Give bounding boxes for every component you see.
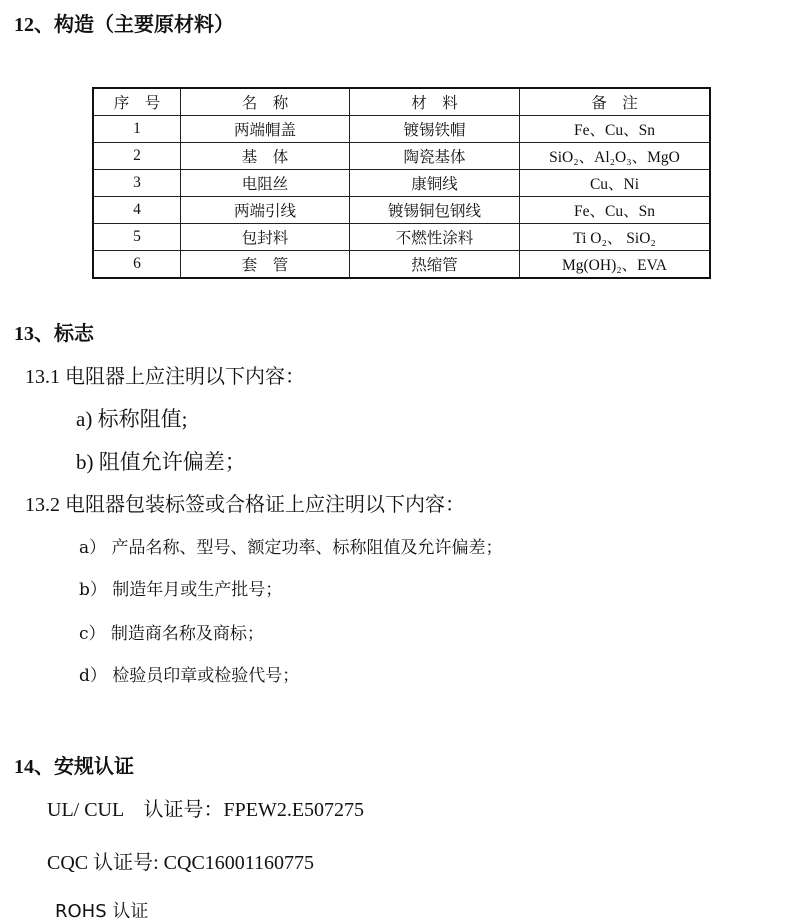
- cell-name: 基 体: [181, 143, 350, 170]
- cell-note: Fe、Cu、Sn: [520, 197, 711, 224]
- cell-note: Fe、Cu、Sn: [520, 116, 711, 143]
- section-13-1-title: 13.1 电阻器上应注明以下内容：: [25, 360, 305, 389]
- cell-no: 2: [93, 143, 181, 170]
- cell-name: 电阻丝: [181, 170, 350, 197]
- header-material: 材 料: [350, 88, 520, 116]
- section-14-title: 14、安规认证: [14, 750, 134, 779]
- list-item: c） 制造商名称及商标；: [79, 619, 264, 644]
- cell-material: 不燃性涂料: [350, 224, 520, 251]
- header-name: 名 称: [181, 88, 350, 116]
- cell-name: 套 管: [181, 251, 350, 279]
- cell-name: 包封料: [181, 224, 350, 251]
- materials-table: 序 号 名 称 材 料 备 注 1 两端帽盖 镀锡铁帽 Fe、Cu、Sn 2 基…: [92, 87, 711, 279]
- list-item: b） 制造年月或生产批号；: [79, 575, 282, 600]
- cell-no: 5: [93, 224, 181, 251]
- section-12-title: 12、构造（主要原材料）: [14, 8, 234, 37]
- cell-note: Mg(OH)₂、EVA: [520, 251, 711, 279]
- table-header-row: 序 号 名 称 材 料 备 注: [93, 88, 710, 116]
- list-item: d） 检验员印章或检验代号；: [79, 661, 299, 686]
- cell-no: 3: [93, 170, 181, 197]
- header-note: 备 注: [520, 88, 711, 116]
- cqc-cert: CQC 认证号: CQC16001160775: [47, 846, 314, 875]
- cell-material: 康铜线: [350, 170, 520, 197]
- table-row: 3 电阻丝 康铜线 Cu、Ni: [93, 170, 710, 197]
- cell-material: 镀锡铜包钢线: [350, 197, 520, 224]
- section-13-2-title: 13.2 电阻器包装标签或合格证上应注明以下内容：: [25, 488, 465, 517]
- table-row: 6 套 管 热缩管 Mg(OH)₂、EVA: [93, 251, 710, 279]
- cell-material: 镀锡铁帽: [350, 116, 520, 143]
- cell-name: 两端引线: [181, 197, 350, 224]
- header-no: 序 号: [93, 88, 181, 116]
- list-item: a) 标称阻值;: [76, 403, 187, 433]
- table-row: 2 基 体 陶瓷基体 SiO₂、Al₂O₃、MgO: [93, 143, 710, 170]
- cell-name: 两端帽盖: [181, 116, 350, 143]
- cell-material: 陶瓷基体: [350, 143, 520, 170]
- table-row: 4 两端引线 镀锡铜包钢线 Fe、Cu、Sn: [93, 197, 710, 224]
- table-row: 5 包封料 不燃性涂料 Ti O₂、 SiO₂: [93, 224, 710, 251]
- ul-cul-cert: UL/ CUL 认证号：FPEW2.E507275: [47, 793, 364, 822]
- cell-material: 热缩管: [350, 251, 520, 279]
- list-item: b) 阻值允许偏差；: [76, 446, 246, 476]
- cell-no: 4: [93, 197, 181, 224]
- section-13-title: 13、标志: [14, 317, 94, 346]
- rohs-cert: ROHS 认证: [55, 897, 148, 922]
- cell-note: SiO₂、Al₂O₃、MgO: [520, 143, 711, 170]
- cell-note: Cu、Ni: [520, 170, 711, 197]
- cell-note: Ti O₂、 SiO₂: [520, 224, 711, 251]
- list-item: a） 产品名称、型号、额定功率、标称阻值及允许偏差；: [79, 533, 503, 558]
- table-row: 1 两端帽盖 镀锡铁帽 Fe、Cu、Sn: [93, 116, 710, 143]
- cell-no: 1: [93, 116, 181, 143]
- cell-no: 6: [93, 251, 181, 279]
